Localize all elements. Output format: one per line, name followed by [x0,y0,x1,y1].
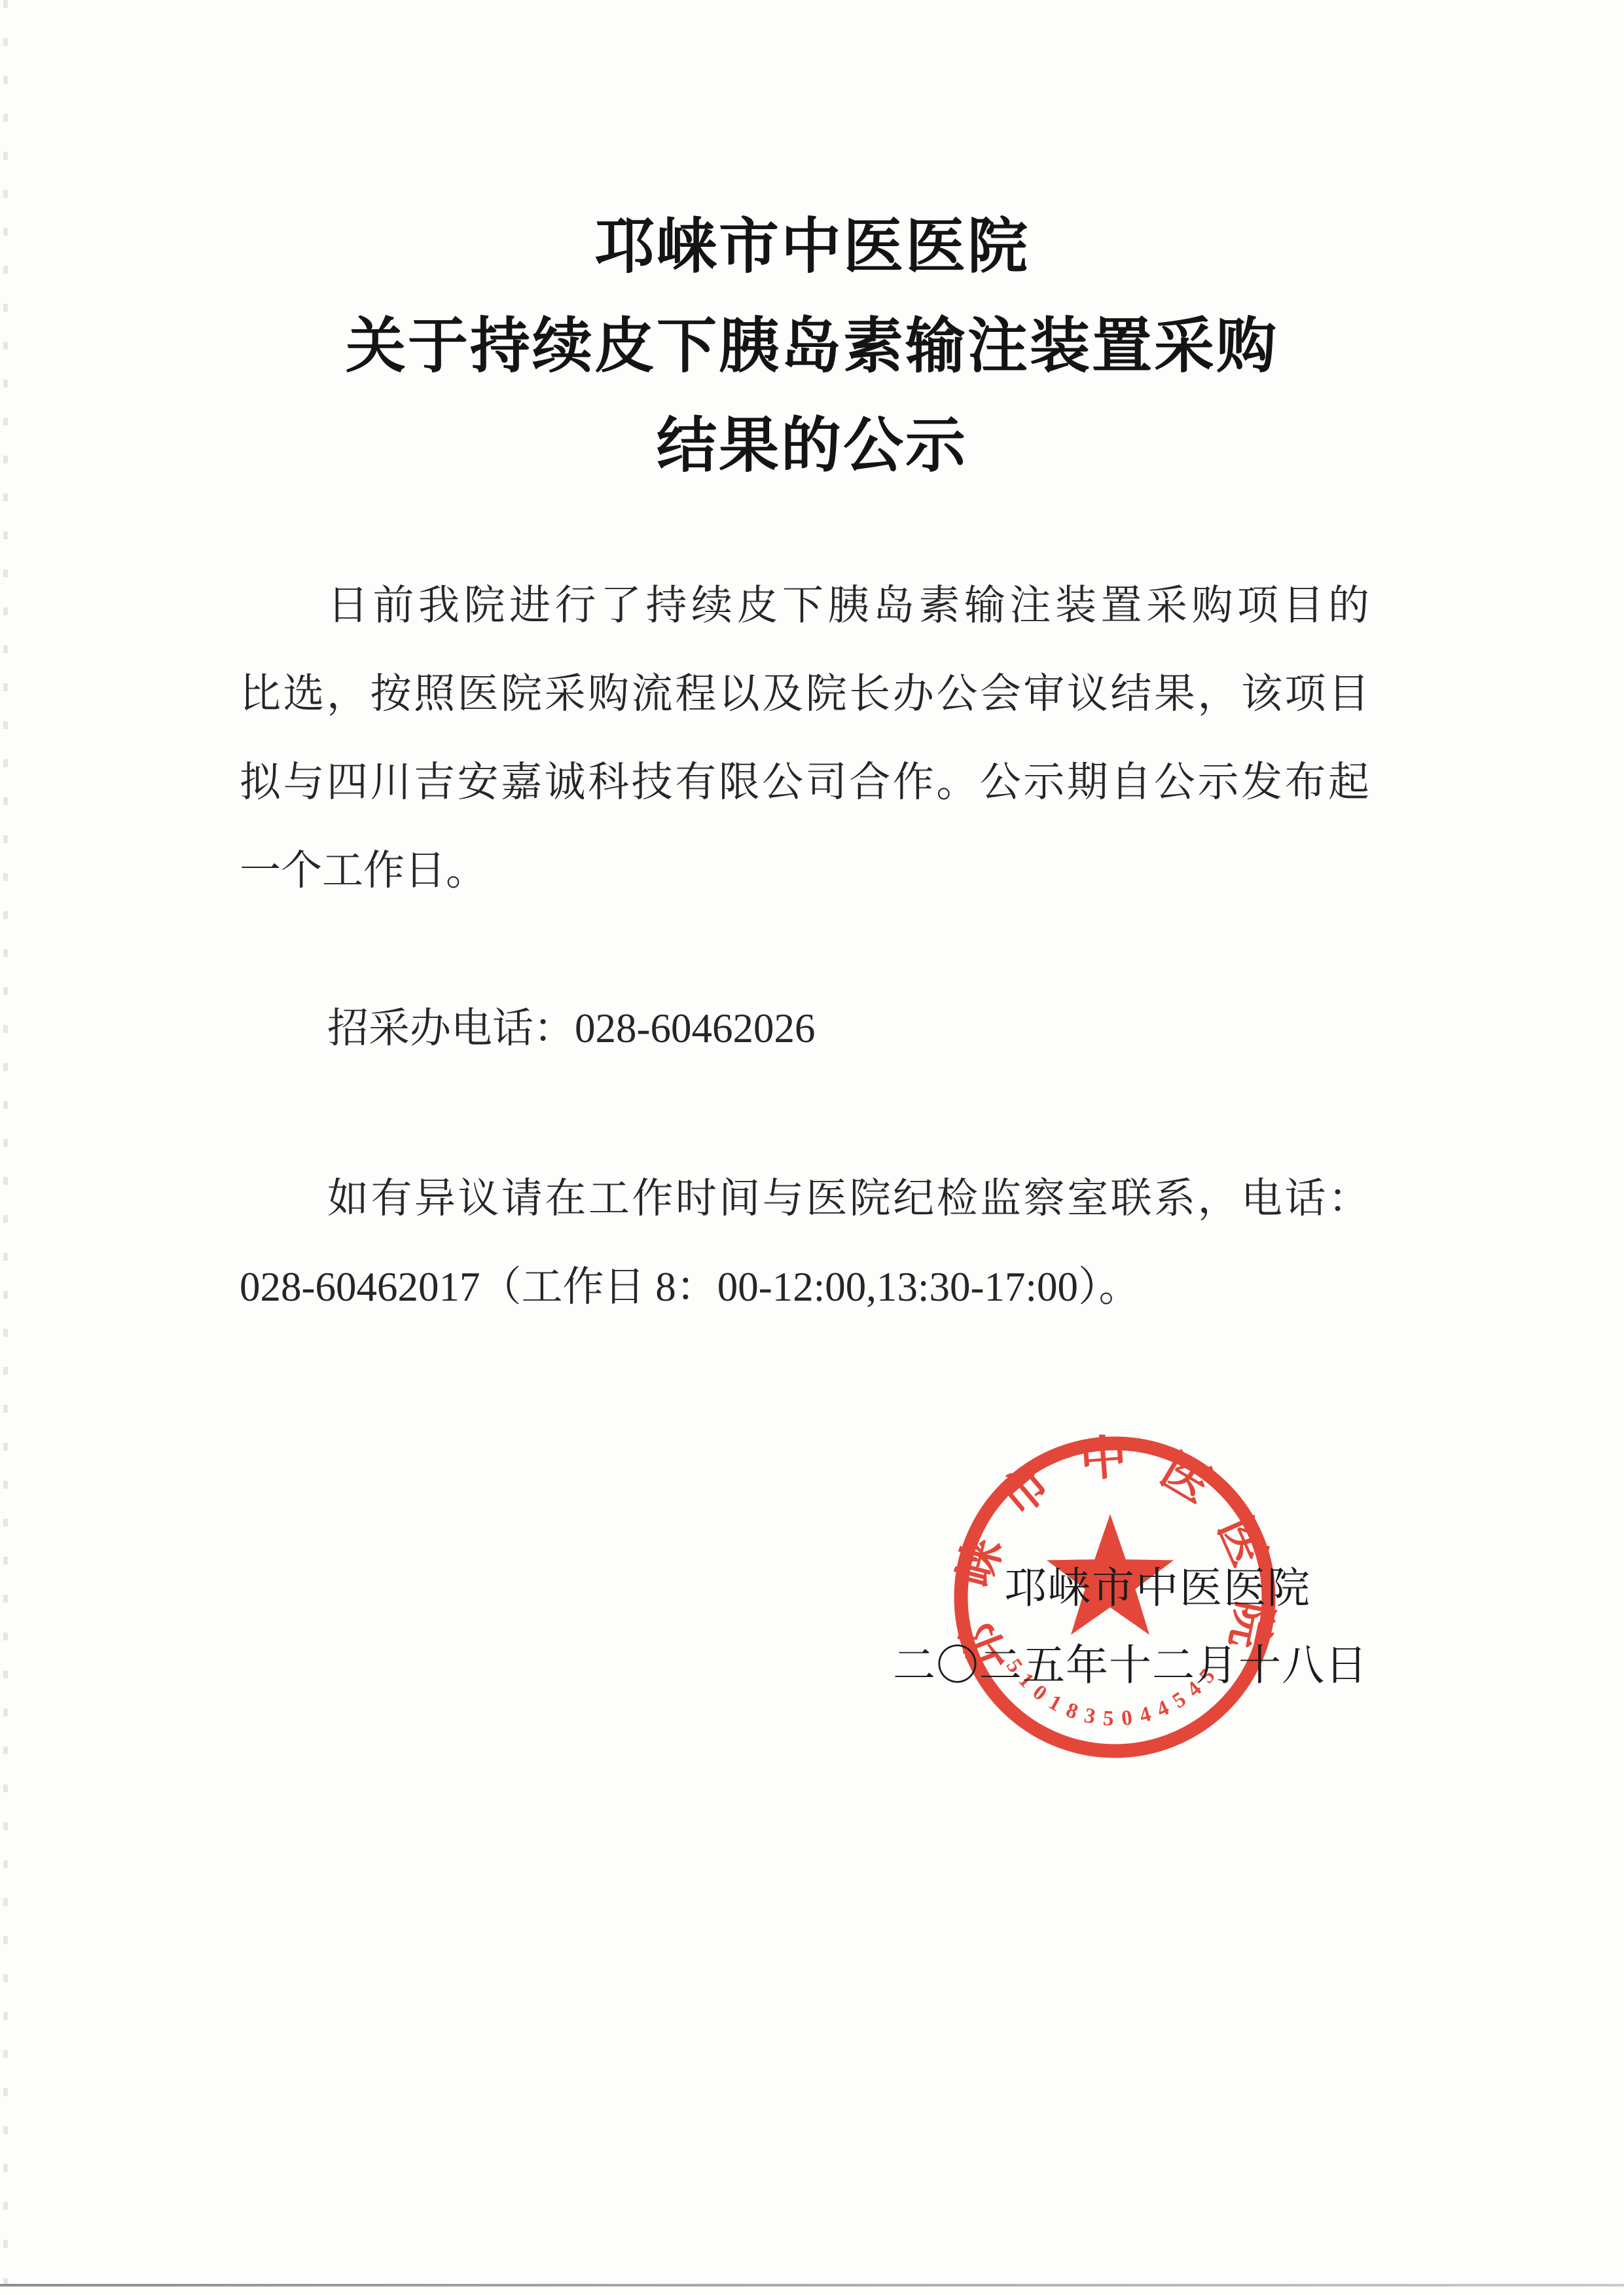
body-line-1: 日前我院进行了持续皮下胰岛素输注装置采购项目的 [240,576,1369,635]
objection-line: 如有异议请在工作时间与医院纪检监察室联系，电话： [240,1169,1369,1228]
signature-organization: 邛崃市中医医院 [1004,1559,1311,1618]
phone-line: 招采办电话：028-60462026 [240,999,1369,1058]
body-line-4: 一个工作日。 [240,841,1369,900]
title-line-1: 邛崃市中医医院 [0,211,1624,283]
signature-date: 二〇二五年十二月十八日 [893,1636,1368,1695]
scan-edge-artifact-bottom [0,2284,1624,2286]
objection-phone-line: 028-60462017（工作日 8：00-12:00,13:30-17:00）… [240,1257,1369,1316]
body-line-2: 比选，按照医院采购流程以及院长办公会审议结果，该项目 [240,664,1369,723]
scanned-document-page: 邛崃市中医医院 关于持续皮下胰岛素输注装置采购 结果的公示 日前我院进行了持续皮… [0,0,1624,2295]
title-line-3: 结果的公示 [0,410,1624,482]
title-line-2: 关于持续皮下胰岛素输注装置采购 [0,310,1624,382]
body-line-3: 拟与四川吉安嘉诚科技有限公司合作。公示期自公示发布起 [240,753,1369,812]
